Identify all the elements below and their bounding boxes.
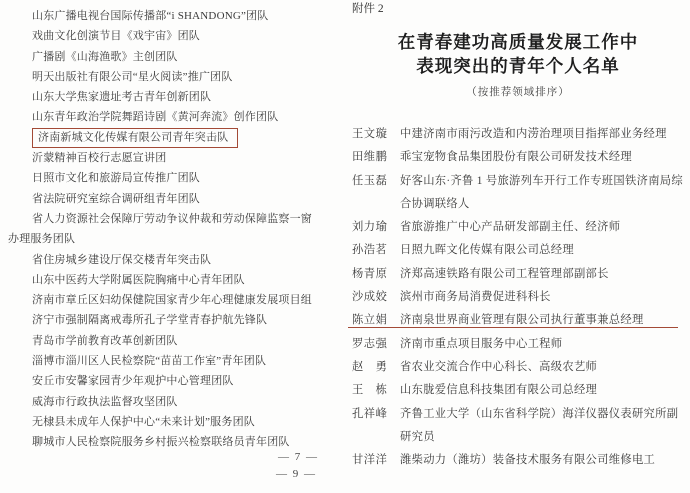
attachment-label: 附件 2 [352,2,684,16]
team-item-text: 淄博市淄川区人民检察院“苗苗工作室”青年团队 [32,355,266,367]
person-name: 甘洋洋 [352,449,390,472]
document-subtitle: （按推荐领域排序） [352,84,684,99]
team-item-text: 山东大学焦家遗址考古青年创新团队 [32,91,211,103]
person-row: 刘力瑜省旅游推广中心产品研发部副主任、经济师 [352,216,684,239]
person-name: 孔祥峰 [352,403,390,450]
team-item: 济南市章丘区妇幼保健院国家青少年心理健康发展项目组 [8,290,312,310]
person-position: 济郑高速铁路有限公司工程管理部副部长 [400,263,684,286]
person-position: 齐鲁工业大学（山东省科学院）海洋仪器仪表研究所副研究员 [400,403,684,450]
person-row: 罗志强济南市重点项目服务中心工程师 [352,333,684,356]
person-name: 罗志强 [352,333,390,356]
person-name: 沙成姣 [352,286,390,309]
team-item-text: 济南市章丘区妇幼保健院国家青少年心理健康发展项目组 [32,294,312,306]
person-name: 田维鹏 [352,146,390,169]
team-item: 聊城市人民检察院服务乡村振兴检察联络员青年团队 [8,432,312,452]
person-name: 王 栋 [352,379,390,402]
team-item: 山东青年政治学院舞蹈诗剧《黄河奔流》创作团队 [8,107,312,127]
team-item: 青岛市学前教育改革创新团队 [8,331,312,351]
scanned-document: 山东广播电视台国际传播部“i SHANDONG”团队 戏曲文化创演节目《戏宇宙》… [0,0,690,493]
person-position: 乖宝宠物食品集团股份有限公司研发技术经理 [400,146,684,169]
person-name: 赵 勇 [352,356,390,379]
person-position: 济南泉世界商业管理有限公司执行董事兼总经理 [400,309,684,332]
team-list-page: 山东广播电视台国际传播部“i SHANDONG”团队 戏曲文化创演节目《戏宇宙》… [8,6,312,453]
team-item-text: 山东青年政治学院舞蹈诗剧《黄河奔流》创作团队 [32,111,278,123]
team-item-text: 聊城市人民检察院服务乡村振兴检察联络员青年团队 [32,436,290,448]
person-row: 杨青原济郑高速铁路有限公司工程管理部副部长 [352,263,684,286]
team-item-text: 山东广播电视台国际传播部“i SHANDONG”团队 [32,10,269,22]
team-item: 安丘市安馨家园青少年观护中心管理团队 [8,371,312,391]
person-position: 滨州市商务局消费促进科科长 [400,286,684,309]
person-name: 陈立娟 [352,309,390,332]
person-name: 孙浩茗 [352,239,390,262]
document-title: 在青春建功高质量发展工作中 表现突出的青年个人名单 [352,30,684,78]
team-item: 日照市文化和旅游局宣传推广团队 [8,168,312,188]
team-item-text: 安丘市安馨家园青少年观护中心管理团队 [32,375,234,387]
team-item: 无棣县未成年人保护中心“未来计划”服务团队 [8,412,312,432]
person-row: 孔祥峰齐鲁工业大学（山东省科学院）海洋仪器仪表研究所副研究员 [352,403,684,450]
page-number-9: — 9 — [276,468,317,480]
person-row: 沙成姣滨州市商务局消费促进科科长 [352,286,684,309]
person-row: 任玉磊好客山东·齐鲁 1 号旅游列车开行工作专班国铁济南局综合协调联络人 [352,170,684,217]
person-row-highlighted: 陈立娟济南泉世界商业管理有限公司执行董事兼总经理 [352,309,684,332]
document-title-line1: 在青春建功高质量发展工作中 [352,30,684,54]
team-item: 省法院研究室综合调研组青年团队 [8,189,312,209]
team-item: 广播剧《山海渔歌》主创团队 [8,47,312,67]
team-item: 明天出版社有限公司“星火阅读”推广团队 [8,67,312,87]
team-item-text: 青岛市学前教育改革创新团队 [32,335,178,347]
team-item-text: 明天出版社有限公司“星火阅读”推广团队 [32,71,233,83]
team-item-text: 省人力资源社会保障厅劳动争议仲裁和劳动保障监察一窗办理服务团队 [8,213,312,245]
team-item: 戏曲文化创演节目《戏宇宙》团队 [8,26,312,46]
team-item: 沂蒙精神百校行志愿宣讲团 [8,148,312,168]
person-position: 好客山东·齐鲁 1 号旅游列车开行工作专班国铁济南局综合协调联络人 [400,170,684,217]
team-item: 省住房城乡建设厅保交楼青年突击队 [8,250,312,270]
person-name: 王文璇 [352,123,390,146]
person-row: 王 栋山东胧爱信息科技集团有限公司总经理 [352,379,684,402]
team-item: 淄博市淄川区人民检察院“苗苗工作室”青年团队 [8,351,312,371]
team-item: 济宁市强制隔离戒毒所孔子学堂青春护航先锋队 [8,310,312,330]
team-item-text: 无棣县未成年人保护中心“未来计划”服务团队 [32,416,255,428]
person-row: 田维鹏乖宝宠物食品集团股份有限公司研发技术经理 [352,146,684,169]
team-item-text: 济宁市强制隔离戒毒所孔子学堂青春护航先锋队 [32,314,267,326]
document-title-line2: 表现突出的青年个人名单 [352,54,684,78]
team-item-text: 日照市文化和旅游局宣传推广团队 [32,172,200,184]
team-item-text: 省法院研究室综合调研组青年团队 [32,193,200,205]
team-item-text: 山东中医药大学附属医院胸痛中心青年团队 [32,274,245,286]
person-position: 中建济南市雨污改造和内涝治理项目指挥部业务经理 [400,123,684,146]
person-name: 杨青原 [352,263,390,286]
person-position: 济南市重点项目服务中心工程师 [400,333,684,356]
team-item: 威海市行政执法监督攻坚团队 [8,392,312,412]
person-position: 省农业交流合作中心科长、高级农艺师 [400,356,684,379]
person-row: 王文璇中建济南市雨污改造和内涝治理项目指挥部业务经理 [352,123,684,146]
team-item: 省人力资源社会保障厅劳动争议仲裁和劳动保障监察一窗办理服务团队 [8,209,312,250]
page-number-7: — 7 — [278,451,319,463]
person-name: 刘力瑜 [352,216,390,239]
team-item: 山东广播电视台国际传播部“i SHANDONG”团队 [8,6,312,26]
person-position: 山东胧爱信息科技集团有限公司总经理 [400,379,684,402]
team-item-text-highlighted: 济南新城文化传媒有限公司青年突击队 [32,128,238,148]
team-item: 济南新城文化传媒有限公司青年突击队 [8,128,312,148]
team-item: 山东大学焦家遗址考古青年创新团队 [8,87,312,107]
team-item-text: 沂蒙精神百校行志愿宣讲团 [32,152,166,164]
person-row: 赵 勇省农业交流合作中心科长、高级农艺师 [352,356,684,379]
individuals-page: 附件 2 在青春建功高质量发展工作中 表现突出的青年个人名单 （按推荐领域排序）… [352,2,684,472]
person-position: 省旅游推广中心产品研发部副主任、经济师 [400,216,684,239]
team-item-text: 广播剧《山海渔歌》主创团队 [32,51,178,63]
person-row: 甘洋洋潍柴动力（潍坊）装备技术服务有限公司维修电工 [352,449,684,472]
person-row: 孙浩茗日照九晖文化传媒有限公司总经理 [352,239,684,262]
team-item: 山东中医药大学附属医院胸痛中心青年团队 [8,270,312,290]
team-item-text: 省住房城乡建设厅保交楼青年突击队 [32,254,211,266]
person-name: 任玉磊 [352,170,390,217]
individuals-list: 王文璇中建济南市雨污改造和内涝治理项目指挥部业务经理 田维鹏乖宝宠物食品集团股份… [352,123,684,472]
team-item-text: 戏曲文化创演节目《戏宇宙》团队 [32,30,200,42]
person-position: 日照九晖文化传媒有限公司总经理 [400,239,684,262]
person-position: 潍柴动力（潍坊）装备技术服务有限公司维修电工 [400,449,684,472]
team-item-text: 威海市行政执法监督攻坚团队 [32,396,178,408]
